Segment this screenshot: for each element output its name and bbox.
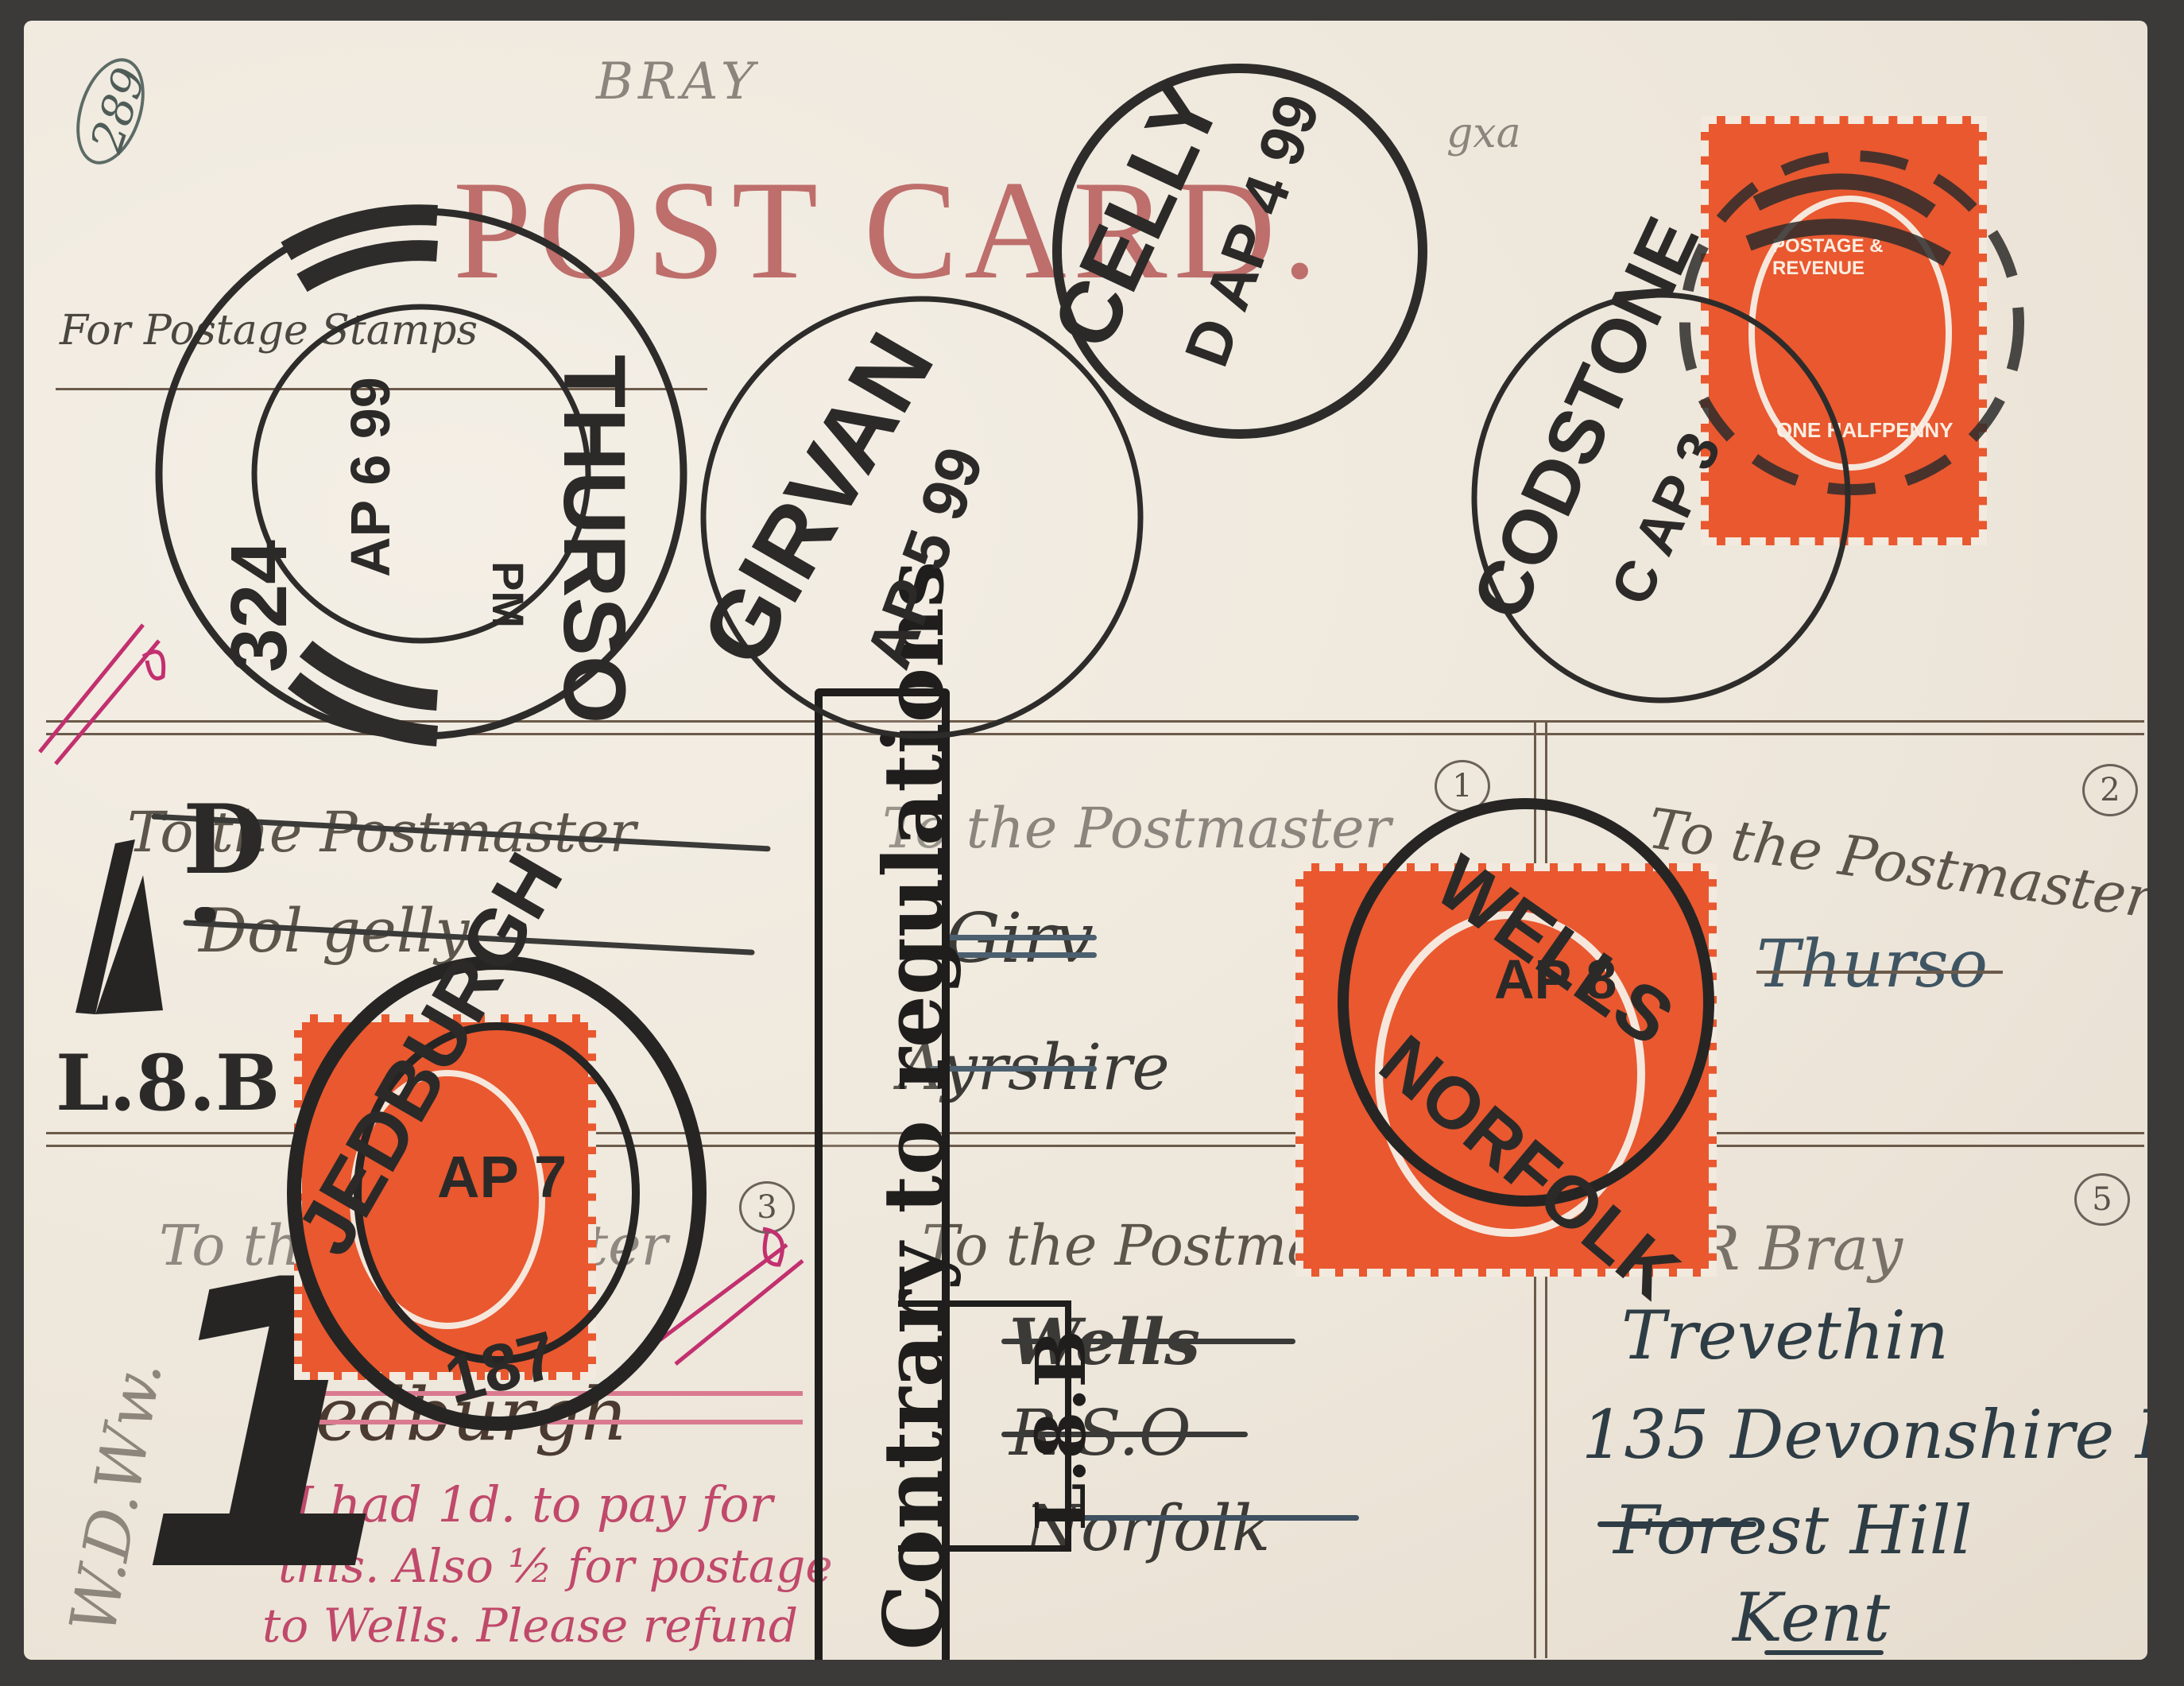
postmark-wells: WELLS NORFOLK AP 8 — [1343, 804, 1709, 1315]
postmark-thurso: THURSO 324 AP 6 99 PM — [159, 211, 683, 736]
svg-text:C AP 3: C AP 3 — [1599, 423, 1733, 614]
svg-text:PM: PM — [483, 561, 533, 628]
postmark-jedburgh: JEDBURGH AP 7 187 — [280, 839, 699, 1424]
svg-text:AP 7: AP 7 — [437, 1144, 567, 1210]
postmark-top-right-cancel — [1685, 156, 2019, 490]
postmarks-layer: THURSO 324 AP 6 99 PM GIRVAN AP 5 99 CEL… — [24, 21, 2147, 1660]
postcard: 289 BRAY gxa POST CARD. For Postage Stam… — [24, 21, 2147, 1660]
svg-text:187: 187 — [437, 1316, 564, 1417]
svg-text:AP 6 99: AP 6 99 — [339, 377, 401, 577]
svg-text:AP 8: AP 8 — [1494, 948, 1617, 1010]
svg-text:THURSO: THURSO — [545, 355, 643, 723]
postmark-codstone: CODSTONE C AP 3 — [1456, 205, 1848, 700]
postmark-girvan: GIRVAN AP 5 99 — [680, 299, 1140, 736]
svg-text:NORFOLK: NORFOLK — [1365, 1020, 1694, 1315]
svg-text:324: 324 — [215, 540, 304, 672]
